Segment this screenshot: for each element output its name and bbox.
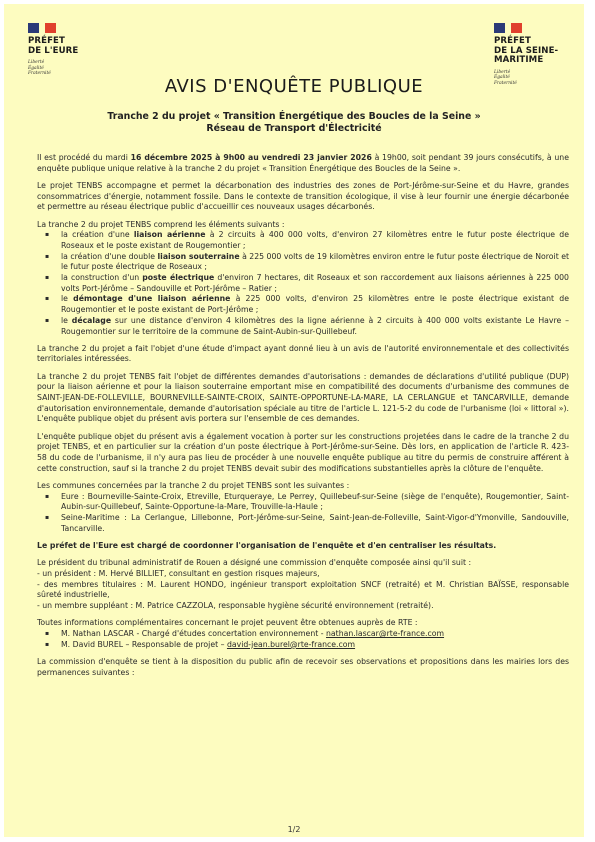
- document-subtitle: Tranche 2 du projet « Transition Énergét…: [4, 111, 584, 136]
- prefet-eure-logo: PRÉFET DE L'EURE Liberté Égalité Fratern…: [28, 23, 78, 77]
- page-number: 1/2: [4, 825, 584, 834]
- list-item: M. Nathan LASCAR - Chargé d'études conce…: [61, 629, 569, 640]
- document-page: PRÉFET DE L'EURE Liberté Égalité Fratern…: [4, 4, 584, 837]
- authorisations-paragraph: La tranche 2 du projet TENBS fait l'obje…: [37, 372, 569, 426]
- intro-paragraph: Il est procédé du mardi 16 décembre 2025…: [37, 153, 569, 174]
- commission-line: - un président : M. Hervé BILLIET, consu…: [37, 569, 569, 580]
- communes-list: Eure : Bourneville-Sainte-Croix, Etrevil…: [37, 492, 569, 535]
- logo-line-2: DE L'EURE: [28, 47, 78, 57]
- communes-heading: Les communes concernées par la tranche 2…: [37, 481, 569, 492]
- contacts-intro: Toutes informations complémentaires conc…: [37, 618, 569, 629]
- elements-heading: La tranche 2 du projet TENBS comprend le…: [37, 220, 569, 231]
- commission-line: - des membres titulaires : M. Laurent HO…: [37, 580, 569, 601]
- commission-line: - un membre suppléant : M. Patrice CAZZO…: [37, 601, 569, 612]
- list-item: le décalage sur une distance d'environ 4…: [61, 316, 569, 337]
- list-item: la création d'une liaison aérienne à 2 c…: [61, 230, 569, 251]
- email-link[interactable]: nathan.lascar@rte-france.com: [326, 629, 444, 638]
- email-link[interactable]: david-jean.burel@rte-france.com: [227, 640, 355, 649]
- constructions-paragraph: L'enquête publique objet du présent avis…: [37, 432, 569, 475]
- marianne-flag-icon: [28, 23, 58, 33]
- logo-line-3: MARITIME: [494, 56, 558, 66]
- list-item: le démontage d'une liaison aérienne à 22…: [61, 294, 569, 315]
- contacts-list: M. Nathan LASCAR - Chargé d'études conce…: [37, 629, 569, 650]
- list-item: Seine-Maritime : La Cerlangue, Lillebonn…: [61, 513, 569, 534]
- list-item: la construction d'un poste électrique d'…: [61, 273, 569, 294]
- context-paragraph: Le projet TENBS accompagne et permet la …: [37, 181, 569, 213]
- list-item: Eure : Bourneville-Sainte-Croix, Etrevil…: [61, 492, 569, 513]
- closing-paragraph: La commission d'enquête se tient à la di…: [37, 657, 569, 678]
- document-title: AVIS D'ENQUÊTE PUBLIQUE: [4, 76, 584, 97]
- list-item: la création d'une double liaison souterr…: [61, 252, 569, 273]
- coordination-statement: Le préfet de l'Eure est chargé de coordo…: [37, 541, 569, 552]
- list-item: M. David BUREL – Responsable de projet –…: [61, 640, 569, 651]
- commission-intro: Le président du tribunal administratif d…: [37, 558, 569, 569]
- impact-paragraph: La tranche 2 du projet a fait l'objet d'…: [37, 344, 569, 365]
- elements-list: la création d'une liaison aérienne à 2 c…: [37, 230, 569, 337]
- marianne-flag-icon: [494, 23, 524, 33]
- document-body: Il est procédé du mardi 16 décembre 2025…: [37, 153, 569, 685]
- republic-motto: Liberté Égalité Fraternité: [28, 60, 78, 77]
